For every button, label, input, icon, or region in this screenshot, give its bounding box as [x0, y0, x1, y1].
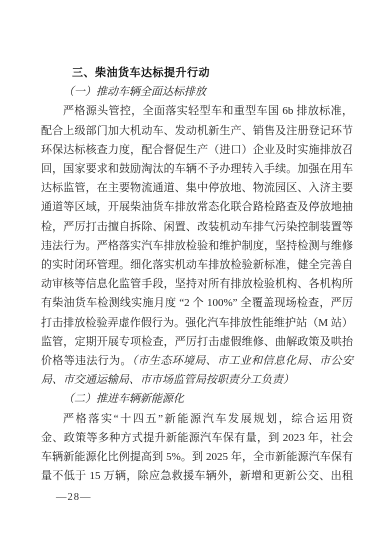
- text-line: 局、市交通运输局、市市场监管局按职责分工负责）: [41, 371, 353, 390]
- document-page: 三、柴油货车达标提升行动（一）推动车辆全面达标排放严格源头管控，全面落实轻型车和…: [0, 0, 390, 551]
- text-line: 环保达标核查力度，配合督促生产（进口）企业及时实施排放召: [41, 141, 353, 160]
- text-line: 达标监管，在主要物流通道、集中停放地、物流园区、入济主要: [41, 179, 353, 198]
- text-segment: 车辆新能源化比例提高到 5%。到 2025 年，全市新能源汽车保有: [41, 451, 353, 463]
- text-line: 动审核等信息化监管手段，坚持对所有排放检验机构、各机构所: [41, 275, 353, 294]
- text-line: 打击排放检验弄虚作假行为。强化汽车排放性能维护站（M 站）: [41, 314, 353, 333]
- text-line: 严格落实“十四五”新能源汽车发展规划，综合运用资: [41, 410, 353, 429]
- kaiti-text-segment: （市生态环境局、市工业和信息化局、市公安: [132, 355, 353, 367]
- text-line: 金、政策等多种方式提升新能源汽车保有量，到 2023 年，社会: [41, 429, 353, 448]
- text-segment: 违法行为。严格落实汽车排放检验和维护制度，坚持检测与维修: [41, 240, 353, 252]
- text-segment: 监管，定期开展专项检查，严厉打击虚假维修、曲解政策及哄抬: [41, 336, 353, 348]
- text-segment: （一）推动车辆全面达标排放: [63, 86, 206, 98]
- subsection-heading-2: （二）推进车辆新能源化: [41, 390, 353, 409]
- subsection-heading-1: （一）推动车辆全面达标排放: [41, 83, 353, 102]
- text-segment: 回，国家要求和鼓励淘汰的车辆不予办理转入手续。加强在用车: [41, 163, 353, 175]
- text-line: 严格源头管控，全面落实轻型车和重型车国 6b 排放标准，: [41, 102, 353, 121]
- text-segment: 打击排放检验弄虚作假行为。强化汽车排放性能维护站（M 站）: [41, 317, 353, 329]
- text-segment: 通道等区域，开展柴油货车排放常态化联合路检路查及停放地抽: [41, 201, 353, 213]
- text-segment: 三、柴油货车达标提升行动: [72, 67, 210, 79]
- text-line: 回，国家要求和鼓励淘汰的车辆不予办理转入手续。加强在用车: [41, 160, 353, 179]
- text-segment: 达标监管，在主要物流通道、集中停放地、物流园区、入济主要: [41, 182, 353, 194]
- text-segment: 环保达标核查力度，配合督促生产（进口）企业及时实施排放召: [41, 144, 353, 156]
- text-line: 价格等违法行为。（市生态环境局、市工业和信息化局、市公安: [41, 352, 353, 371]
- text-segment: 动审核等信息化监管手段，坚持对所有排放检验机构、各机构所: [41, 278, 353, 290]
- text-line: 量不低于 15 万辆，除应急救援车辆外，新增和更新公交、出租: [41, 467, 353, 486]
- page-number: —28—: [56, 492, 92, 503]
- page-body: 三、柴油货车达标提升行动（一）推动车辆全面达标排放严格源头管控，全面落实轻型车和…: [41, 64, 353, 486]
- text-line: 配合上级部门加大机动车、发动机新生产、销售及注册登记环节: [41, 122, 353, 141]
- section-heading: 三、柴油货车达标提升行动: [41, 64, 353, 83]
- text-line: 通道等区域，开展柴油货车排放常态化联合路检路查及停放地抽: [41, 198, 353, 217]
- kaiti-text-segment: 局、市交通运输局、市市场监管局按职责分工负责）: [41, 374, 294, 386]
- text-segment: 金、政策等多种方式提升新能源汽车保有量，到 2023 年，社会: [41, 432, 353, 444]
- text-segment: 检，严厉打击擅自拆除、闲置、改装机动车排气污染控制装置等: [41, 221, 353, 233]
- text-segment: 的实时闭环管理。细化落实机动车排放检验新标准，健全完善自: [41, 259, 353, 271]
- text-segment: 量不低于 15 万辆，除应急救援车辆外，新增和更新公交、出租: [41, 470, 353, 482]
- text-line: 监管，定期开展专项检查，严厉打击虚假维修、曲解政策及哄抬: [41, 333, 353, 352]
- text-segment: 配合上级部门加大机动车、发动机新生产、销售及注册登记环节: [41, 125, 353, 137]
- text-segment: 价格等违法行为。: [41, 355, 132, 367]
- text-segment: 严格落实“十四五”新能源汽车发展规划，综合运用资: [63, 413, 353, 425]
- text-line: 的实时闭环管理。细化落实机动车排放检验新标准，健全完善自: [41, 256, 353, 275]
- text-segment: 严格源头管控，全面落实轻型车和重型车国 6b 排放标准，: [63, 105, 353, 117]
- text-line: 有柴油货车检测线实施月度 “2 个 100%” 全覆盖现场检查，严厉: [41, 294, 353, 313]
- text-line: 检，严厉打击擅自拆除、闲置、改装机动车排气污染控制装置等: [41, 218, 353, 237]
- text-line: 违法行为。严格落实汽车排放检验和维护制度，坚持检测与维修: [41, 237, 353, 256]
- text-segment: （二）推进车辆新能源化: [63, 393, 184, 405]
- text-segment: 有柴油货车检测线实施月度 “2 个 100%” 全覆盖现场检查，严厉: [41, 297, 353, 309]
- text-line: 车辆新能源化比例提高到 5%。到 2025 年，全市新能源汽车保有: [41, 448, 353, 467]
